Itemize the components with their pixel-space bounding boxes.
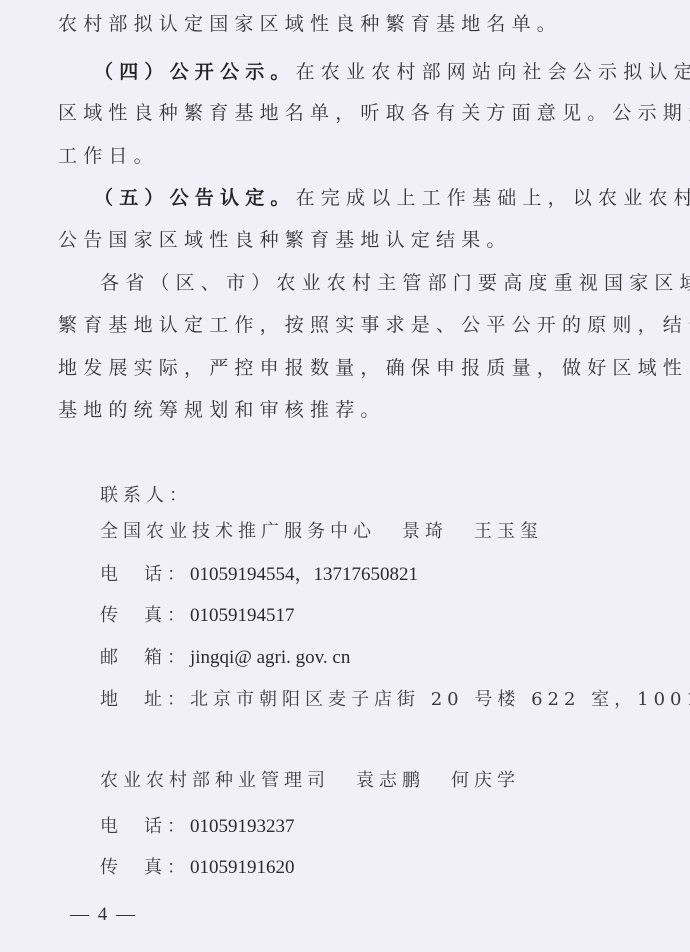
text: 区域性良种繁育基地名单，听取各有关方面意见。公示期为 5 个: [58, 102, 690, 124]
paragraph-line: 公告国家区域性良种繁育基地认定结果。: [58, 228, 512, 252]
contact-email-1: 邮箱：jingqi@ agri. gov. cn: [100, 646, 350, 670]
contact-address-1: 地址：北京市朝阳区麦子店街 20 号楼 622 室，100125: [100, 688, 690, 712]
person-name: 何庆学: [451, 770, 520, 791]
text: 联系人：: [100, 485, 192, 506]
phone-number: 01059194554，13717650821: [190, 564, 418, 585]
label: 址：: [144, 689, 190, 710]
section-five-heading-line: （五）公告认定。在完成以上工作基础上，以农业农村部文件: [94, 186, 690, 210]
document-page: 农村部拟认定国家区域性良种繁育基地名单。 （四）公开公示。在农业农村部网站向社会…: [0, 0, 690, 952]
label: 真：: [144, 857, 190, 878]
label: 话：: [144, 564, 190, 585]
paragraph-line: 繁育基地认定工作，按照实事求是、公平公开的原则，结合种子基: [58, 313, 690, 337]
paragraph-line: 工作日。: [58, 144, 159, 168]
label: 传: [100, 856, 144, 880]
label: 地: [100, 688, 144, 712]
contact-fax-1: 传真：01059194517: [100, 604, 295, 628]
email-address: jingqi@ agri. gov. cn: [190, 647, 350, 668]
text: 农村部拟认定国家区域性良种繁育基地名单。: [58, 13, 562, 35]
person-name: 景琦: [402, 521, 448, 542]
text: 地发展实际，严控申报数量，确保申报质量，做好区域性良种繁育: [58, 357, 690, 379]
section-four-heading-line: （四）公开公示。在农业农村部网站向社会公示拟认定国家: [94, 60, 690, 84]
label: 传: [100, 604, 144, 628]
section-heading: （四）公开公示。: [94, 61, 296, 83]
paragraph-line: 农村部拟认定国家区域性良种繁育基地名单。: [58, 12, 562, 36]
person-name: 王玉玺: [474, 521, 543, 542]
paragraph-line: 区域性良种繁育基地名单，听取各有关方面意见。公示期为 5 个: [58, 101, 690, 125]
label: 电: [100, 563, 144, 587]
label: 箱：: [144, 647, 190, 668]
section-heading: （五）公告认定。: [94, 187, 296, 209]
contact-org-1: 全国农业技术推广服务中心景琦王玉玺: [100, 520, 543, 544]
text: 在完成以上工作基础上，以农业农村部文件: [296, 187, 690, 209]
org-name: 全国农业技术推广服务中心: [100, 521, 376, 542]
contact-phone-1: 电话：01059194554，13717650821: [100, 563, 418, 587]
address: 北京市朝阳区麦子店街 20 号楼 622 室，100125: [190, 689, 690, 710]
label: 邮: [100, 646, 144, 670]
label: 话：: [144, 816, 190, 837]
text: 繁育基地认定工作，按照实事求是、公平公开的原则，结合种子基: [58, 314, 690, 336]
fax-number: 01059194517: [190, 605, 295, 626]
paragraph-line: 地发展实际，严控申报数量，确保申报质量，做好区域性良种繁育: [58, 356, 690, 380]
phone-number: 01059193237: [190, 816, 295, 837]
text: 在农业农村部网站向社会公示拟认定国家: [296, 61, 690, 83]
paragraph-line: 基地的统筹规划和审核推荐。: [58, 398, 386, 422]
text: 各省（区、市）农业农村主管部门要高度重视国家区域性良种: [100, 272, 690, 294]
page-number: — 4 —: [70, 904, 137, 926]
fax-number: 01059191620: [190, 857, 295, 878]
contacts-title: 联系人：: [100, 484, 192, 508]
label: 真：: [144, 605, 190, 626]
paragraph-line: 各省（区、市）农业农村主管部门要高度重视国家区域性良种: [100, 271, 690, 295]
label: 电: [100, 815, 144, 839]
org-name: 农业农村部种业管理司: [100, 770, 330, 791]
contact-org-2: 农业农村部种业管理司袁志鹏何庆学: [100, 769, 520, 793]
person-name: 袁志鹏: [356, 770, 425, 791]
text: 公告国家区域性良种繁育基地认定结果。: [58, 229, 512, 251]
text: 工作日。: [58, 145, 159, 167]
text: 基地的统筹规划和审核推荐。: [58, 399, 386, 421]
contact-fax-2: 传真：01059191620: [100, 856, 295, 880]
contact-phone-2: 电话：01059193237: [100, 815, 295, 839]
